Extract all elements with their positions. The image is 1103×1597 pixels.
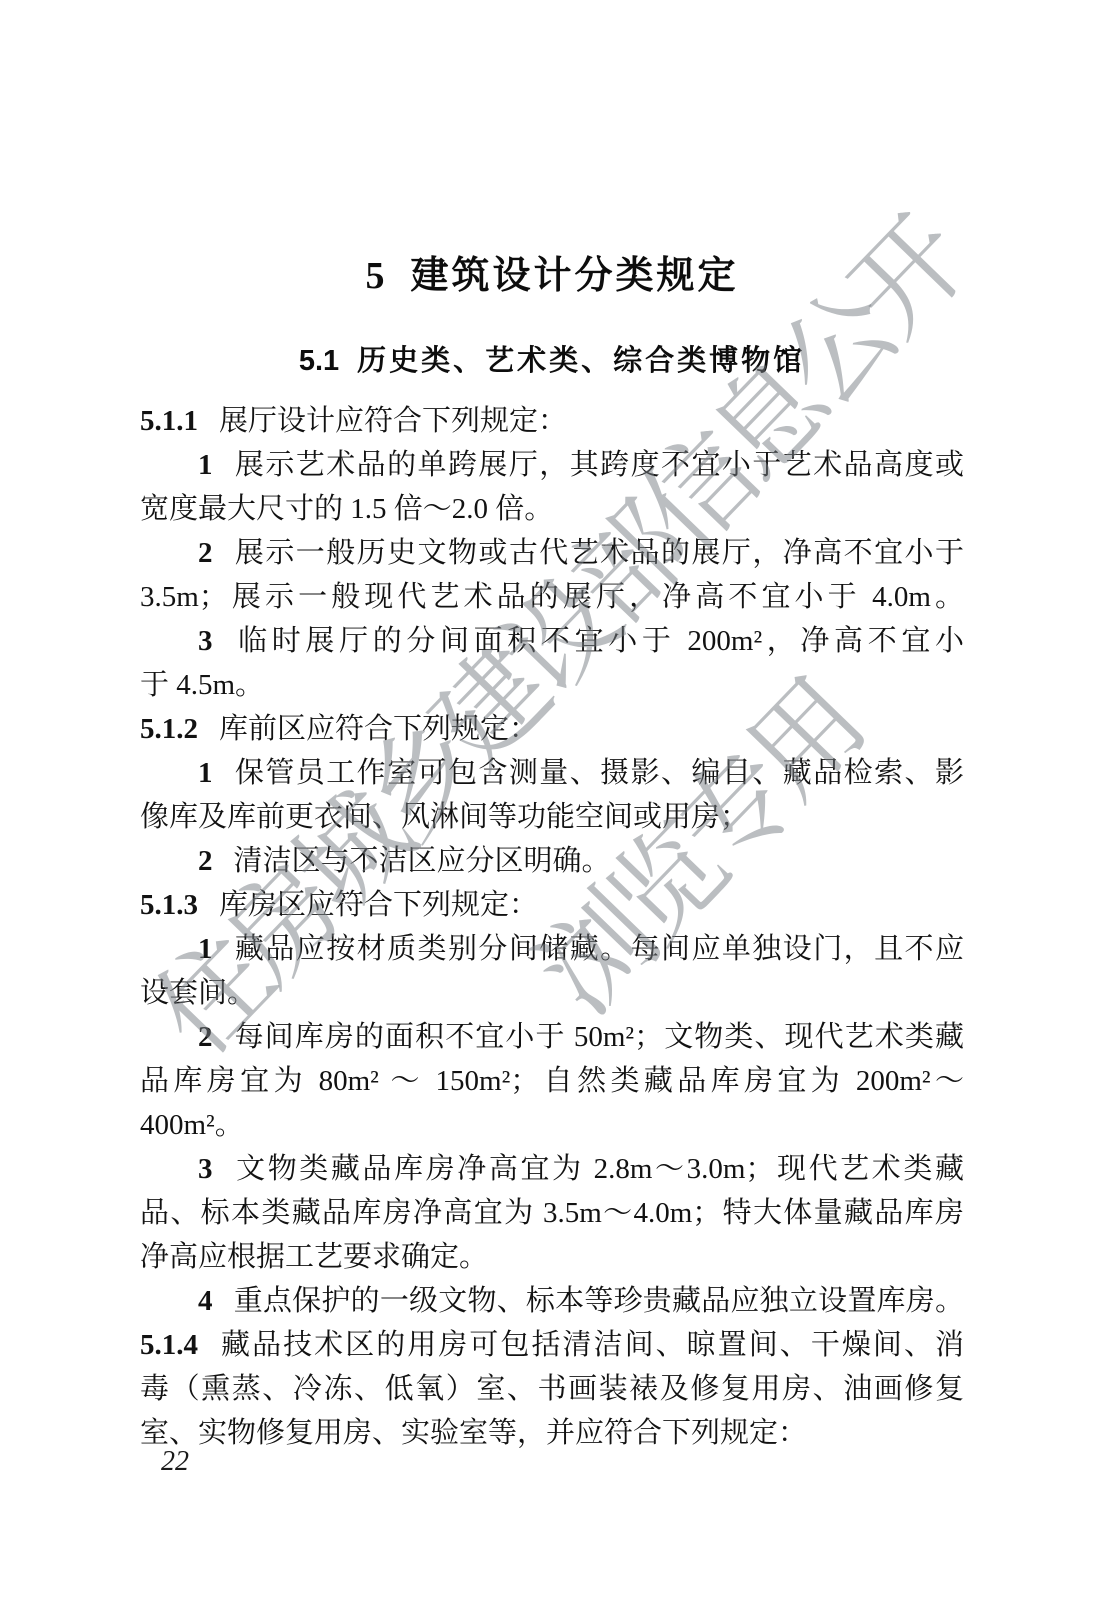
text-line: 2清洁区与不洁区应分区明确。 bbox=[140, 839, 964, 883]
clause-number: 2 bbox=[198, 537, 213, 569]
text-line: 2展示一般历史文物或古代艺术品的展厅，净高不宜小于 bbox=[140, 531, 964, 575]
text-line: 5.1.3库房区应符合下列规定： bbox=[140, 883, 964, 927]
section-title-text: 历史类、艺术类、综合类博物馆 bbox=[357, 345, 805, 377]
text-line: 5.1.1展厅设计应符合下列规定： bbox=[140, 399, 964, 443]
text-line: 3文物类藏品库房净高宜为 2.8m～3.0m；现代艺术类藏 bbox=[140, 1147, 964, 1191]
text-line: 5.1.2库前区应符合下列规定： bbox=[140, 707, 964, 751]
text-line: 400m²。 bbox=[140, 1103, 964, 1147]
line-text: 400m²。 bbox=[140, 1109, 244, 1141]
text-line: 2每间库房的面积不宜小于 50m²；文物类、现代艺术类藏 bbox=[140, 1015, 964, 1059]
clause-number: 3 bbox=[198, 625, 213, 657]
clause-number: 2 bbox=[198, 845, 213, 877]
line-text: 展示一般历史文物或古代艺术品的展厅，净高不宜小于 bbox=[234, 537, 965, 569]
line-text: 毒（熏蒸、冷冻、低氧）室、书画装裱及修复用房、油画修复 bbox=[140, 1373, 964, 1405]
clause-number: 5.1.2 bbox=[140, 713, 198, 745]
text-line: 净高应根据工艺要求确定。 bbox=[140, 1235, 964, 1279]
line-text: 藏品应按材质类别分间储藏。每间应单独设门，且不应 bbox=[234, 933, 965, 965]
chapter-title-text: 建筑设计分类规定 bbox=[410, 255, 738, 297]
clause-number: 5.1.1 bbox=[140, 405, 198, 437]
line-text: 重点保护的一级文物、标本等珍贵藏品应独立设置库房。 bbox=[234, 1285, 965, 1317]
clause-number: 2 bbox=[198, 1021, 213, 1053]
clause-number: 4 bbox=[198, 1285, 213, 1317]
clause-number: 1 bbox=[198, 449, 213, 481]
text-line: 设套间。 bbox=[140, 971, 964, 1015]
clause-number: 5.1.3 bbox=[140, 889, 198, 921]
text-line: 1藏品应按材质类别分间储藏。每间应单独设门，且不应 bbox=[140, 927, 964, 971]
line-text: 品、标本类藏品库房净高宜为 3.5m～4.0m；特大体量藏品库房 bbox=[140, 1197, 964, 1229]
text-line: 毒（熏蒸、冷冻、低氧）室、书画装裱及修复用房、油画修复 bbox=[140, 1367, 964, 1411]
line-text: 净高应根据工艺要求确定。 bbox=[140, 1241, 488, 1273]
text-line: 3临时展厅的分间面积不宜小于 200m²，净高不宜小 bbox=[140, 619, 964, 663]
text-line: 品库房宜为 80m² ～ 150m²；自然类藏品库房宜为 200m²～ bbox=[140, 1059, 964, 1103]
text-line: 1保管员工作室可包含测量、摄影、编目、藏品检索、影 bbox=[140, 751, 964, 795]
line-text: 设套间。 bbox=[140, 977, 256, 1009]
clause-number: 3 bbox=[198, 1153, 213, 1185]
line-text: 每间库房的面积不宜小于 50m²；文物类、现代艺术类藏 bbox=[234, 1021, 965, 1053]
text-line: 品、标本类藏品库房净高宜为 3.5m～4.0m；特大体量藏品库房 bbox=[140, 1191, 964, 1235]
line-text: 临时展厅的分间面积不宜小于 200m²，净高不宜小 bbox=[234, 625, 965, 657]
line-text: 藏品技术区的用房可包括清洁间、晾置间、干燥间、消 bbox=[219, 1329, 964, 1361]
text-line: 宽度最大尺寸的 1.5 倍～2.0 倍。 bbox=[140, 487, 964, 531]
line-text: 品库房宜为 80m² ～ 150m²；自然类藏品库房宜为 200m²～ bbox=[140, 1065, 964, 1097]
text-line: 5.1.4藏品技术区的用房可包括清洁间、晾置间、干燥间、消 bbox=[140, 1323, 964, 1367]
section-number: 5.1 bbox=[299, 345, 339, 377]
text-line: 室、实物修复用房、实验室等，并应符合下列规定： bbox=[140, 1411, 964, 1455]
clause-number: 1 bbox=[198, 757, 213, 789]
page-number: 22 bbox=[161, 1446, 189, 1478]
line-text: 宽度最大尺寸的 1.5 倍～2.0 倍。 bbox=[140, 493, 553, 525]
line-text: 展厅设计应符合下列规定： bbox=[219, 405, 567, 437]
line-text: 展示艺术品的单跨展厅，其跨度不宜小于艺术品高度或 bbox=[234, 449, 965, 481]
text-line: 3.5m；展示一般现代艺术品的展厅，净高不宜小于 4.0m。 bbox=[140, 575, 964, 619]
clause-number: 1 bbox=[198, 933, 213, 965]
text-line: 于 4.5m。 bbox=[140, 663, 964, 707]
line-text: 文物类藏品库房净高宜为 2.8m～3.0m；现代艺术类藏 bbox=[234, 1153, 965, 1185]
line-text: 库房区应符合下列规定： bbox=[219, 889, 538, 921]
document-page: 5建筑设计分类规定 5.1历史类、艺术类、综合类博物馆 5.1.1展厅设计应符合… bbox=[0, 0, 1103, 1597]
section-title: 5.1历史类、艺术类、综合类博物馆 bbox=[140, 338, 964, 379]
text-line: 4重点保护的一级文物、标本等珍贵藏品应独立设置库房。 bbox=[140, 1279, 964, 1323]
text-line: 像库及库前更衣间、风淋间等功能空间或用房； bbox=[140, 795, 964, 839]
clause-number: 5.1.4 bbox=[140, 1329, 198, 1361]
chapter-number: 5 bbox=[365, 255, 384, 297]
text-line: 1展示艺术品的单跨展厅，其跨度不宜小于艺术品高度或 bbox=[140, 443, 964, 487]
line-text: 3.5m；展示一般现代艺术品的展厅，净高不宜小于 4.0m。 bbox=[140, 581, 964, 613]
line-text: 像库及库前更衣间、风淋间等功能空间或用房； bbox=[140, 801, 749, 833]
page-body: 5.1.1展厅设计应符合下列规定：1展示艺术品的单跨展厅，其跨度不宜小于艺术品高… bbox=[140, 399, 964, 1455]
line-text: 于 4.5m。 bbox=[140, 669, 264, 701]
chapter-title: 5建筑设计分类规定 bbox=[140, 244, 964, 299]
line-text: 室、实物修复用房、实验室等，并应符合下列规定： bbox=[140, 1417, 807, 1449]
line-text: 保管员工作室可包含测量、摄影、编目、藏品检索、影 bbox=[234, 757, 965, 789]
line-text: 清洁区与不洁区应分区明确。 bbox=[234, 845, 611, 877]
line-text: 库前区应符合下列规定： bbox=[219, 713, 538, 745]
